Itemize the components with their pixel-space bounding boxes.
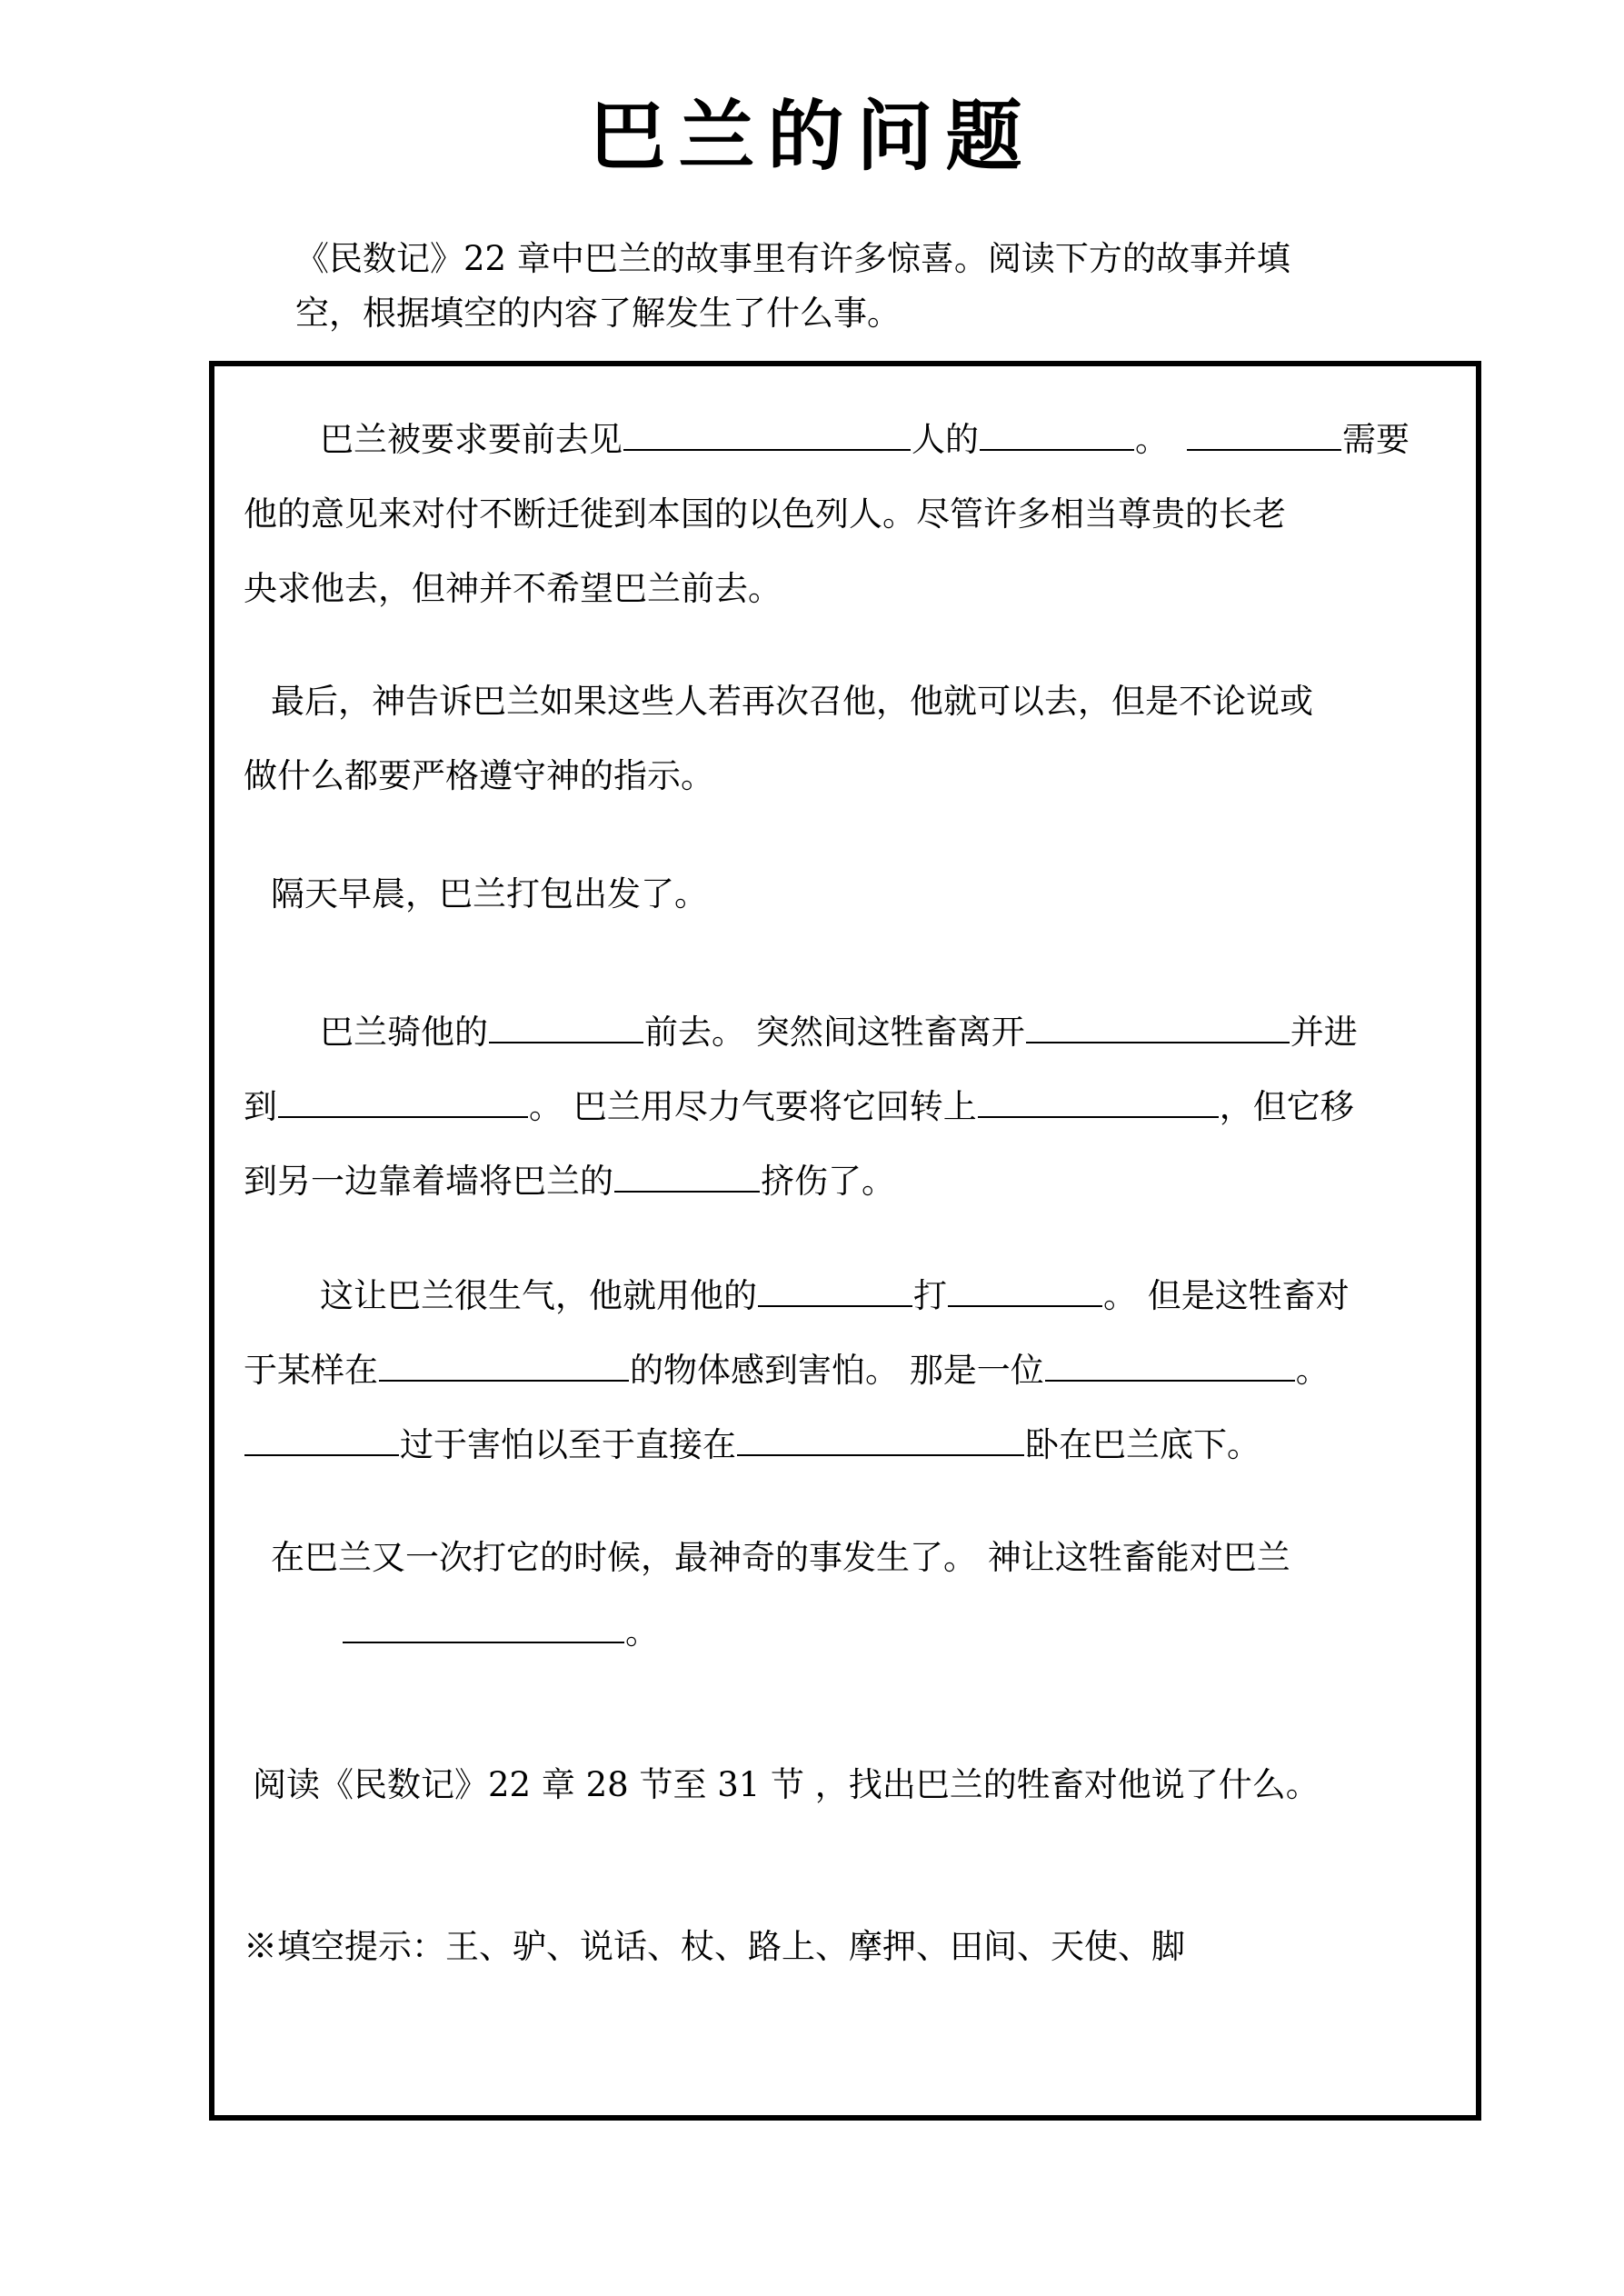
p6-line-1: 在巴兰又一次打它的时候，最神奇的事发生了。 神让这牲畜能对巴兰 [244,1521,1470,1595]
text: 这让巴兰很生气，他就用他的 [320,1276,757,1315]
text: 的物体感到害怕。 那是一位 [630,1351,1044,1390]
blank-3[interactable] [1187,422,1341,451]
blank-12[interactable] [1045,1353,1295,1382]
paragraph-6: 在巴兰又一次打它的时候，最神奇的事发生了。 神让这牲畜能对巴兰 。 [244,1521,1470,1670]
text: 过于害怕以至于直接在 [400,1425,736,1464]
blank-14[interactable] [737,1427,1024,1456]
text: 卧在巴兰底下。 [1025,1425,1260,1464]
text: 前去。 突然间这牲畜离开 [644,1013,1025,1052]
blank-6[interactable] [278,1089,528,1118]
page-title: 巴兰的问题 [0,82,1624,191]
blank-8[interactable] [614,1163,760,1193]
word-bank-hint: ※填空提示：王、驴、说话、杖、路上、摩押、田间、天使、脚 [244,1910,1470,1984]
paragraph-2: 最后，神告诉巴兰如果这些人若再次召他，他就可以去，但是不论说或 做什么都要严格遵… [244,664,1470,814]
text: 到 [244,1087,277,1126]
text: 到另一边靠着墙将巴兰的 [244,1162,613,1201]
blank-11[interactable] [379,1353,629,1382]
intro-line-1: 《民数记》22 章中巴兰的故事里有许多惊喜。阅读下方的故事并填 [295,232,1440,286]
blank-1[interactable] [623,422,911,451]
text: 巴兰被要求要前去见 [320,420,623,459]
text: 。 [625,1612,659,1652]
story-box: 巴兰被要求要前去见人的。需要 他的意见来对付不断迁徙到本国的以色列人。尽管许多相… [209,361,1481,2121]
p1-line-2: 他的意见来对付不断迁徙到本国的以色列人。尽管许多相当尊贵的长老 [244,477,1470,552]
blank-10[interactable] [948,1278,1102,1307]
intro-text: 《民数记》22 章中巴兰的故事里有许多惊喜。阅读下方的故事并填 空，根据填空的内… [295,232,1440,341]
blank-13[interactable] [244,1427,399,1456]
text: 挤伤了。 [761,1162,895,1201]
p2-line-1: 最后，神告诉巴兰如果这些人若再次召他，他就可以去，但是不论说或 [244,664,1470,739]
paragraph-5: 这让巴兰很生气，他就用他的打。 但是这牲畜对 于某样在的物体感到害怕。 那是一位… [244,1259,1470,1482]
intro-line-2: 空，根据填空的内容了解发生了什么事。 [295,286,1440,341]
p2-line-2: 做什么都要严格遵守神的指示。 [244,739,1470,814]
text: 于某样在 [244,1351,378,1390]
reading-instruction: 阅读《民数记》22 章 28 节至 31 节 ，找出巴兰的牲畜对他说了什么。 [244,1748,1470,1822]
text: 巴兰骑他的 [320,1013,488,1052]
blank-7[interactable] [978,1089,1219,1118]
blank-2[interactable] [980,422,1134,451]
text: 打 [913,1276,947,1315]
text: 人的 [912,420,979,459]
instruction-text: 阅读《民数记》22 章 28 节至 31 节 ，找出巴兰的牲畜对他说了什么。 [244,1748,1470,1822]
text: ，但它移 [1220,1087,1354,1126]
blank-4[interactable] [489,1014,643,1043]
p3-line-1: 隔天早晨，巴兰打包出发了。 [244,857,1470,932]
text: 。 [1135,420,1169,459]
paragraph-3: 隔天早晨，巴兰打包出发了。 [244,857,1470,932]
p1-line-3: 央求他去，但神并不希望巴兰前去。 [244,552,1470,626]
text: 。 [1296,1351,1330,1390]
text: 。 但是这牲畜对 [1103,1276,1350,1315]
text: 并进 [1290,1013,1358,1052]
blank-5[interactable] [1026,1014,1290,1043]
hint-text: ※填空提示：王、驴、说话、杖、路上、摩押、田间、天使、脚 [244,1910,1470,1984]
blank-9[interactable] [758,1278,912,1307]
paragraph-1: 巴兰被要求要前去见人的。需要 他的意见来对付不断迁徙到本国的以色列人。尽管许多相… [244,403,1470,626]
text: 。 巴兰用尽力气要将它回转上 [529,1087,977,1126]
text: 需要 [1342,420,1410,459]
blank-15[interactable] [343,1614,624,1643]
paragraph-4: 巴兰骑他的前去。 突然间这牲畜离开并进 到。 巴兰用尽力气要将它回转上，但它移 … [244,995,1470,1219]
